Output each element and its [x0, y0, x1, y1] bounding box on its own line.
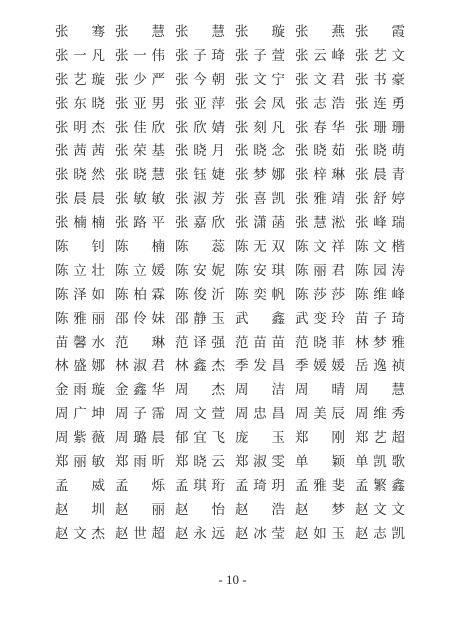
name-row: 陈雅丽邵伶妹邵静玉武鑫武变玲苗子琦 [55, 305, 407, 329]
person-name: 孟威 [55, 474, 105, 494]
person-name: 张佳欣 [115, 116, 165, 136]
name-row: 郑丽敏郑雨昕郑晓云郑淑雯单颖单凯歌 [55, 448, 407, 472]
person-name: 苗馨水 [55, 331, 105, 351]
person-name: 陈柏霖 [115, 283, 165, 303]
person-name: 陈文祥 [295, 235, 345, 255]
name-row: 张茜茜张荣基张晓月张晓念张晓茹张晓萌 [55, 137, 407, 161]
person-name: 张艺璇 [55, 68, 105, 88]
person-name: 张骞 [55, 20, 105, 40]
person-name: 孟琦玥 [235, 474, 285, 494]
person-name: 张淑芳 [175, 187, 225, 207]
name-row: 张晓然张晓慧张钰婕张梦娜张梓琳张晨青 [55, 161, 407, 185]
person-name: 范晓菲 [295, 331, 345, 351]
person-name: 张少严 [115, 68, 165, 88]
person-name: 郑艺超 [355, 426, 405, 446]
person-name: 林盛娜 [55, 354, 105, 374]
person-name: 邵伶妹 [115, 307, 165, 327]
name-row: 张艺璇张少严张今朝张文宁张文君张书豪 [55, 66, 407, 90]
person-name: 周紫薇 [55, 426, 105, 446]
person-name: 陈立壮 [55, 259, 105, 279]
name-row: 张明杰张佳欣张欣婧张刻凡张春华张珊珊 [55, 114, 407, 138]
person-name: 赵如玉 [295, 522, 345, 542]
person-name: 张春华 [295, 116, 345, 136]
person-name: 陈蕊 [175, 235, 225, 255]
name-row: 周广坤周子霈周文萱周忠昌周美辰周维秀 [55, 400, 407, 424]
person-name: 周杰 [175, 378, 225, 398]
person-name: 邵静玉 [175, 307, 225, 327]
person-name: 张云峰 [295, 44, 345, 64]
person-name: 张亚萍 [175, 92, 225, 112]
person-name: 张霞 [355, 20, 405, 40]
person-name: 陈维峰 [355, 283, 405, 303]
person-name: 张路平 [115, 211, 165, 231]
person-name: 赵世超 [115, 522, 165, 542]
person-name: 张欣婧 [175, 116, 225, 136]
person-name: 林梦雅 [355, 331, 405, 351]
person-name: 张子萱 [235, 44, 285, 64]
person-name: 赵浩 [235, 498, 285, 518]
person-name: 张一伟 [115, 44, 165, 64]
name-row: 张骞张慧张慧张璇张燕张霞 [55, 18, 407, 42]
person-name: 武鑫 [235, 307, 285, 327]
person-name: 张今朝 [175, 68, 225, 88]
person-name: 郑刚 [295, 426, 345, 446]
person-name: 陈无双 [235, 235, 285, 255]
person-name: 郑雨昕 [115, 450, 165, 470]
person-name: 陈丽君 [295, 259, 345, 279]
document-page: 张骞张慧张慧张璇张燕张霞张一凡张一伟张子琦张子萱张云峰张艺文张艺璇张少严张今朝张… [0, 0, 465, 641]
person-name: 张明杰 [55, 116, 105, 136]
person-name: 张晨青 [355, 163, 405, 183]
person-name: 张亚男 [115, 92, 165, 112]
person-name: 赵志凯 [355, 522, 405, 542]
person-name: 张晨晨 [55, 187, 105, 207]
person-name: 陈立媛 [115, 259, 165, 279]
person-name: 周璐晨 [115, 426, 165, 446]
name-row: 赵圳赵丽赵怡赵浩赵梦赵文文 [55, 496, 407, 520]
person-name: 武变玲 [295, 307, 345, 327]
name-row: 赵文杰赵世超赵永远赵冰莹赵如玉赵志凯 [55, 520, 407, 544]
person-name: 张梦娜 [235, 163, 285, 183]
person-name: 郁宜飞 [175, 426, 225, 446]
name-row: 苗馨水范琳范译强范苗苗范晓菲林梦雅 [55, 329, 407, 353]
person-name: 林鑫杰 [175, 354, 225, 374]
person-name: 张志浩 [295, 92, 345, 112]
person-name: 陈钊 [55, 235, 105, 255]
person-name: 孟繁鑫 [355, 474, 405, 494]
person-name: 张慧 [115, 20, 165, 40]
person-name: 陈奕帆 [235, 283, 285, 303]
person-name: 周慧 [355, 378, 405, 398]
person-name: 周忠昌 [235, 402, 285, 422]
name-row: 张晨晨张敏敏张淑芳张喜凯张雅靖张舒婷 [55, 185, 407, 209]
person-name: 孟雅斐 [295, 474, 345, 494]
name-row: 陈泽如陈柏霖陈俊沂陈奕帆陈莎莎陈维峰 [55, 281, 407, 305]
page-number: - 10 - [0, 572, 465, 588]
name-row: 张东晓张亚男张亚萍张会凤张志浩张连勇 [55, 90, 407, 114]
name-row: 金雨璇金鑫华周杰周洁周晴周慧 [55, 376, 407, 400]
person-name: 张晓月 [175, 139, 225, 159]
name-row: 张一凡张一伟张子琦张子萱张云峰张艺文 [55, 42, 407, 66]
person-name: 单凯歌 [355, 450, 405, 470]
person-name: 陈楠 [115, 235, 165, 255]
person-name: 赵丽 [115, 498, 165, 518]
person-name: 张茜茜 [55, 139, 105, 159]
person-name: 张荣基 [115, 139, 165, 159]
person-name: 张梓琳 [295, 163, 345, 183]
person-name: 张雅靖 [295, 187, 345, 207]
person-name: 单颖 [295, 450, 345, 470]
person-name: 赵怡 [175, 498, 225, 518]
person-name: 张晓萌 [355, 139, 405, 159]
person-name: 张慧 [175, 20, 225, 40]
person-name: 张文君 [295, 68, 345, 88]
person-name: 张钰婕 [175, 163, 225, 183]
person-name: 陈俊沂 [175, 283, 225, 303]
person-name: 陈文楷 [355, 235, 405, 255]
person-name: 张舒婷 [355, 187, 405, 207]
person-name: 赵文文 [355, 498, 405, 518]
person-name: 张峰瑞 [355, 211, 405, 231]
person-name: 周维秀 [355, 402, 405, 422]
person-name: 周洁 [235, 378, 285, 398]
person-name: 陈安妮 [175, 259, 225, 279]
person-name: 范琳 [115, 331, 165, 351]
person-name: 金雨璇 [55, 378, 105, 398]
person-name: 陈泽如 [55, 283, 105, 303]
person-name: 陈雅丽 [55, 307, 105, 327]
person-name: 张书豪 [355, 68, 405, 88]
person-name: 张璇 [235, 20, 285, 40]
person-name: 张慧淞 [295, 211, 345, 231]
person-name: 周子霈 [115, 402, 165, 422]
person-name: 张刻凡 [235, 116, 285, 136]
person-name: 赵圳 [55, 498, 105, 518]
person-name: 庞玉 [235, 426, 285, 446]
person-name: 张晓念 [235, 139, 285, 159]
name-row: 陈钊陈楠陈蕊陈无双陈文祥陈文楷 [55, 233, 407, 257]
person-name: 张珊珊 [355, 116, 405, 136]
name-row: 周紫薇周璐晨郁宜飞庞玉郑刚郑艺超 [55, 424, 407, 448]
person-name: 郑晓云 [175, 450, 225, 470]
person-name: 范苗苗 [235, 331, 285, 351]
person-name: 孟琪珩 [175, 474, 225, 494]
name-row: 林盛娜林淑君林鑫杰季发昌季媛媛岳逸祯 [55, 352, 407, 376]
person-name: 赵永远 [175, 522, 225, 542]
person-name: 张艺文 [355, 44, 405, 64]
person-name: 张晓茹 [295, 139, 345, 159]
person-name: 张会凤 [235, 92, 285, 112]
person-name: 张子琦 [175, 44, 225, 64]
name-row: 张楠楠张路平张嘉欣张潇菡张慧淞张峰瑞 [55, 209, 407, 233]
person-name: 周晴 [295, 378, 345, 398]
person-name: 张晓然 [55, 163, 105, 183]
person-name: 陈安琪 [235, 259, 285, 279]
person-name: 苗子琦 [355, 307, 405, 327]
person-name: 季媛媛 [295, 354, 345, 374]
person-name: 赵冰莹 [235, 522, 285, 542]
name-grid: 张骞张慧张慧张璇张燕张霞张一凡张一伟张子琦张子萱张云峰张艺文张艺璇张少严张今朝张… [55, 18, 407, 544]
person-name: 陈莎莎 [295, 283, 345, 303]
name-row: 陈立壮陈立媛陈安妮陈安琪陈丽君陈园涛 [55, 257, 407, 281]
person-name: 陈园涛 [355, 259, 405, 279]
person-name: 张楠楠 [55, 211, 105, 231]
person-name: 张一凡 [55, 44, 105, 64]
person-name: 张潇菡 [235, 211, 285, 231]
person-name: 赵文杰 [55, 522, 105, 542]
person-name: 岳逸祯 [355, 354, 405, 374]
person-name: 张东晓 [55, 92, 105, 112]
person-name: 赵梦 [295, 498, 345, 518]
person-name: 张连勇 [355, 92, 405, 112]
person-name: 周美辰 [295, 402, 345, 422]
name-row: 孟威孟烁孟琪珩孟琦玥孟雅斐孟繁鑫 [55, 472, 407, 496]
person-name: 张喜凯 [235, 187, 285, 207]
person-name: 周广坤 [55, 402, 105, 422]
person-name: 郑淑雯 [235, 450, 285, 470]
person-name: 张文宁 [235, 68, 285, 88]
person-name: 张晓慧 [115, 163, 165, 183]
person-name: 林淑君 [115, 354, 165, 374]
person-name: 张嘉欣 [175, 211, 225, 231]
person-name: 金鑫华 [115, 378, 165, 398]
person-name: 季发昌 [235, 354, 285, 374]
person-name: 郑丽敏 [55, 450, 105, 470]
person-name: 张燕 [295, 20, 345, 40]
person-name: 范译强 [175, 331, 225, 351]
person-name: 周文萱 [175, 402, 225, 422]
person-name: 孟烁 [115, 474, 165, 494]
person-name: 张敏敏 [115, 187, 165, 207]
